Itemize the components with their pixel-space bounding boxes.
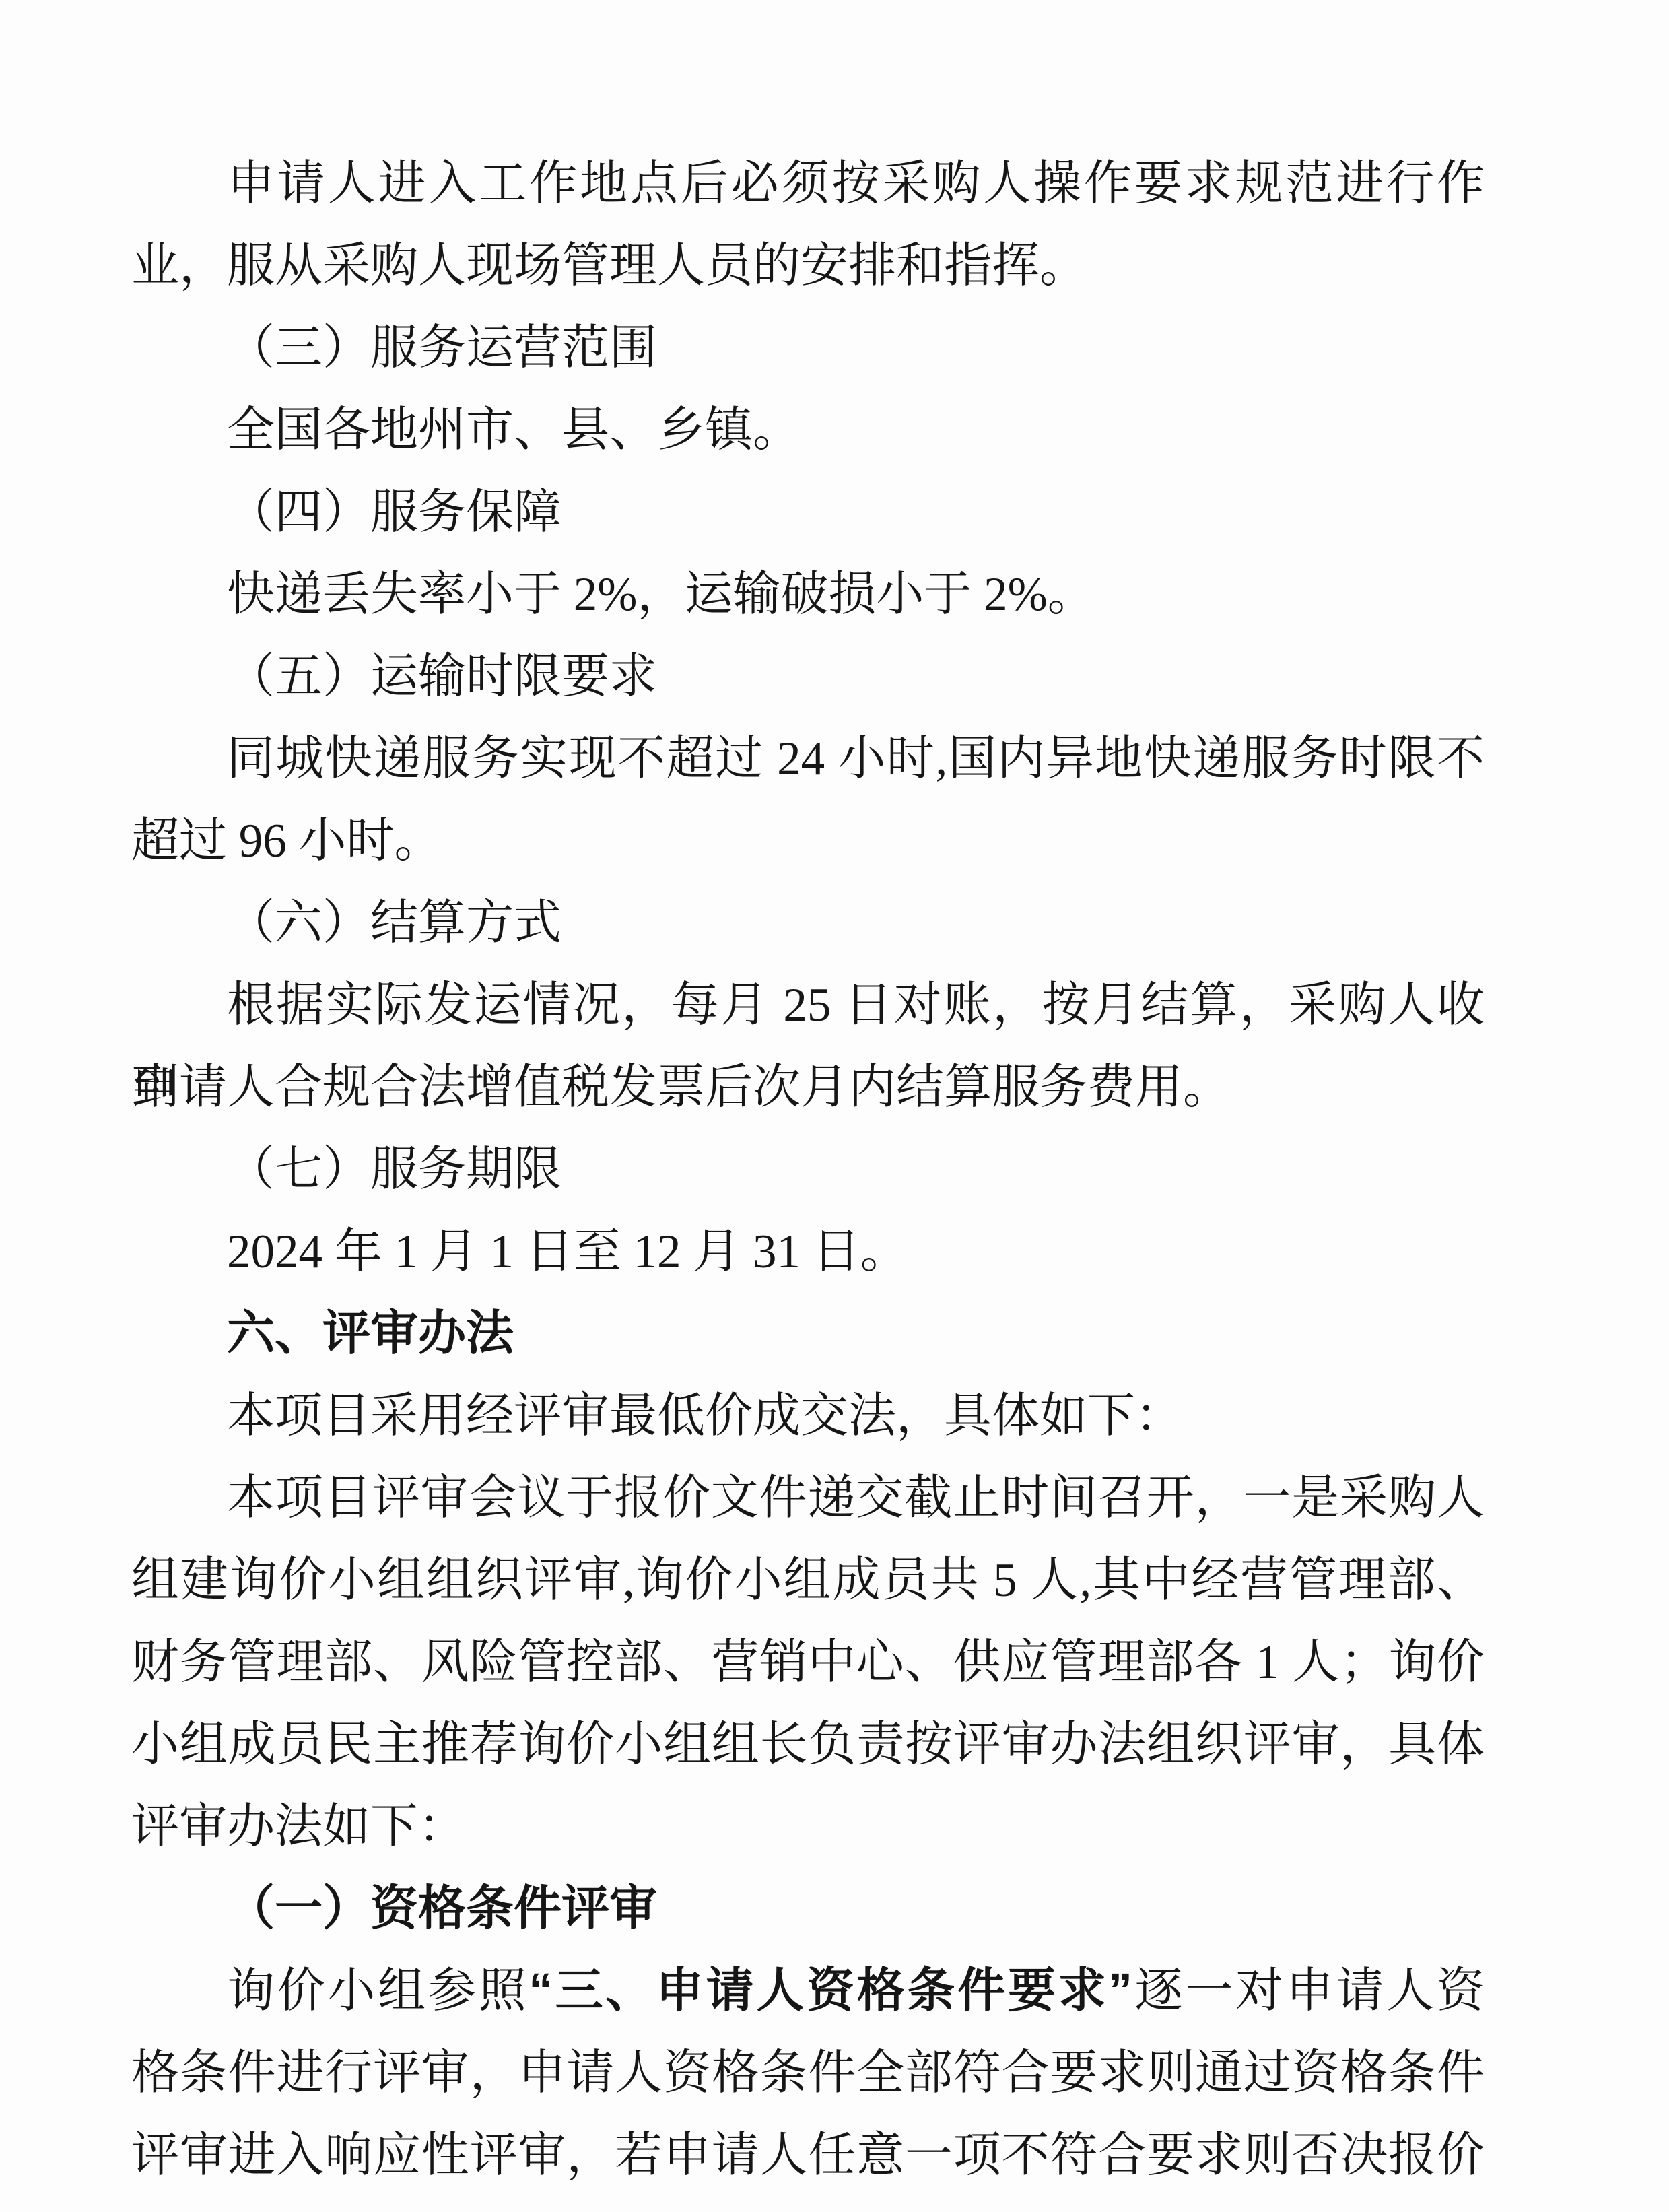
text-line-4: 全国各地州市、县、乡镇。 xyxy=(131,389,1485,471)
text-run: 同城快递服务实现不超过 24 小时,国内异地快递服务时限不 xyxy=(227,733,1485,785)
text-run: 评审办法如下： xyxy=(131,1801,466,1853)
text-run: （六）结算方式 xyxy=(227,897,561,949)
text-line-23: 询价小组参照“三、申请人资格条件要求”逐一对申请人资 xyxy=(131,1950,1485,2032)
text-line-21: 评审办法如下： xyxy=(131,1786,1485,1868)
text-run: 组建询价小组组织评审,询价小组成员共 5 人,其中经营管理部、 xyxy=(131,1554,1485,1607)
text-run: 格条件进行评审，申请人资格条件全部符合要求则通过资格条件 xyxy=(131,2047,1485,2100)
text-line-22: （一）资格条件评审 xyxy=(131,1868,1485,1950)
text-run: 超过 96 小时。 xyxy=(131,815,442,867)
text-line-13: （七）服务期限 xyxy=(131,1129,1485,1211)
text-line-14: 2024 年 1 月 1 日至 12 月 31 日。 xyxy=(131,1211,1485,1293)
text-run: 本项目评审会议于报价文件递交截止时间召开，一是采购人 xyxy=(227,1472,1485,1524)
text-line-20: 小组成员民主推荐询价小组组长负责按评审办法组织评审，具体 xyxy=(131,1704,1485,1786)
text-line-12: 申请人合规合法增值税发票后次月内结算服务费用。 xyxy=(131,1046,1485,1129)
bold-text-run: 六、评审办法 xyxy=(227,1307,514,1360)
text-run: 快递丢失率小于 2%，运输破损小于 2%。 xyxy=(227,568,1095,621)
text-line-10: （六）结算方式 xyxy=(131,882,1485,964)
text-run: 申请人合规合法增值税发票后次月内结算服务费用。 xyxy=(131,1061,1231,1114)
text-run: 全国各地州市、县、乡镇。 xyxy=(227,404,801,457)
text-run: （三）服务运营范围 xyxy=(227,322,657,374)
text-run: （四）服务保障 xyxy=(227,486,561,539)
text-line-9: 超过 96 小时。 xyxy=(131,800,1485,882)
document-text-block: 申请人进入工作地点后必须按采购人操作要求规范进行作业，服从采购人现场管理人员的安… xyxy=(131,143,1485,2197)
text-line-2: 业，服从采购人现场管理人员的安排和指挥。 xyxy=(131,225,1485,307)
text-line-15: 六、评审办法 xyxy=(131,1293,1485,1375)
text-line-16: 本项目采用经评审最低价成交法，具体如下： xyxy=(131,1375,1485,1457)
text-line-18: 组建询价小组组织评审,询价小组成员共 5 人,其中经营管理部、 xyxy=(131,1539,1485,1621)
text-run: （五）运输时限要求 xyxy=(227,650,657,703)
text-line-1: 申请人进入工作地点后必须按采购人操作要求规范进行作 xyxy=(131,143,1485,225)
text-line-8: 同城快递服务实现不超过 24 小时,国内异地快递服务时限不 xyxy=(131,718,1485,800)
text-run: 本项目采用经评审最低价成交法，具体如下： xyxy=(227,1390,1183,1442)
text-line-25: 评审进入响应性评审，若申请人任意一项不符合要求则否决报价 xyxy=(131,2114,1485,2197)
text-line-17: 本项目评审会议于报价文件递交截止时间召开，一是采购人 xyxy=(131,1457,1485,1539)
text-line-19: 财务管理部、风险管控部、营销中心、供应管理部各 1 人；询价 xyxy=(131,1621,1485,1704)
text-run: 评审进入响应性评审，若申请人任意一项不符合要求则否决报价 xyxy=(131,2129,1485,2182)
text-run: 逐一对申请人资 xyxy=(1132,1965,1485,2017)
text-run: （七）服务期限 xyxy=(227,1143,561,1196)
text-run: 申请人进入工作地点后必须按采购人操作要求规范进行作 xyxy=(227,158,1485,210)
document-page: 申请人进入工作地点后必须按采购人操作要求规范进行作业，服从采购人现场管理人员的安… xyxy=(0,0,1669,2212)
text-line-6: 快递丢失率小于 2%，运输破损小于 2%。 xyxy=(131,554,1485,636)
text-line-11: 根据实际发运情况，每月 25 日对账，按月结算，采购人收到 xyxy=(131,964,1485,1046)
text-line-7: （五）运输时限要求 xyxy=(131,636,1485,718)
bold-text-run: “三、申请人资格条件要求” xyxy=(529,1964,1132,2017)
text-line-24: 格条件进行评审，申请人资格条件全部符合要求则通过资格条件 xyxy=(131,2032,1485,2114)
text-run: 业，服从采购人现场管理人员的安排和指挥。 xyxy=(131,240,1087,292)
text-line-3: （三）服务运营范围 xyxy=(131,307,1485,389)
text-run: 财务管理部、风险管控部、营销中心、供应管理部各 1 人；询价 xyxy=(131,1636,1485,1689)
text-run: 2024 年 1 月 1 日至 12 月 31 日。 xyxy=(227,1226,908,1278)
bold-text-run: （一）资格条件评审 xyxy=(227,1882,657,1935)
text-run: 小组成员民主推荐询价小组组长负责按评审办法组织评审，具体 xyxy=(131,1718,1485,1771)
text-run: 询价小组参照 xyxy=(227,1965,529,2017)
text-line-5: （四）服务保障 xyxy=(131,471,1485,554)
